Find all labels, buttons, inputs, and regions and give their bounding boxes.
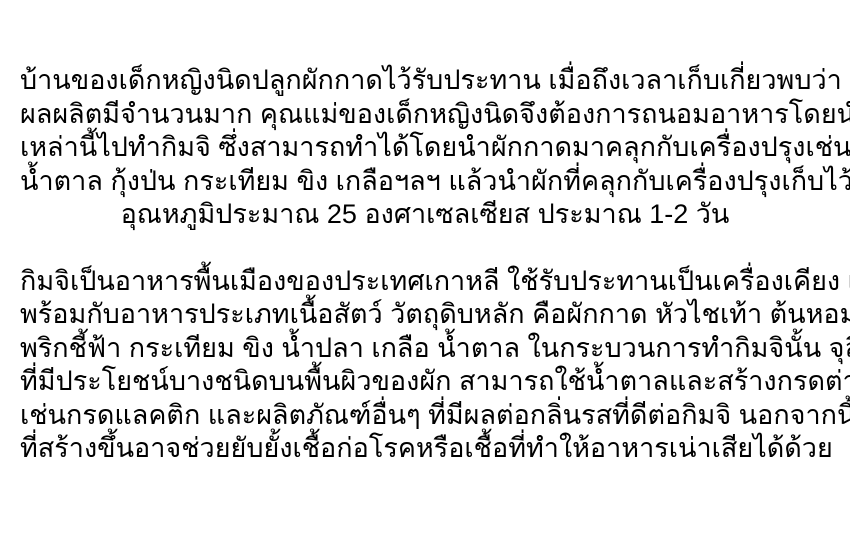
passage-line: เช่นกรดแลคติก และผลิตภัณฑ์อื่นๆ ที่มีผลต… (20, 399, 830, 433)
passage-line: กิมจิเป็นอาหารพื้นเมืองของประเทศเกาหลี ใ… (20, 265, 830, 299)
passage-line: ที่สร้างขึ้นอาจช่วยยับยั้งเชื้อก่อโรคหรื… (20, 432, 830, 466)
passage-line: บ้านของเด็กหญิงนิดปลูกผักกาดไว้รับประทาน… (20, 64, 830, 98)
passage-paragraph-2: กิมจิเป็นอาหารพื้นเมืองของประเทศเกาหลี ใ… (20, 265, 830, 466)
reading-passage: บ้านของเด็กหญิงนิดปลูกผักกาดไว้รับประทาน… (20, 64, 830, 466)
passage-line: เหล่านี้ไปทำกิมจิ ซึ่งสามารถทำได้โดยนำผั… (20, 131, 830, 165)
passage-line: ผลผลิตมีจำนวนมาก คุณแม่ของเด็กหญิงนิดจึง… (20, 98, 830, 132)
page: บ้านของเด็กหญิงนิดปลูกผักกาดไว้รับประทาน… (0, 0, 850, 550)
passage-line: พริกชี้ฟ้า กระเทียม ขิง น้ำปลา เกลือ น้ำ… (20, 332, 830, 366)
passage-line: พร้อมกับอาหารประเภทเนื้อสัตว์ วัตถุดิบหล… (20, 298, 830, 332)
passage-line: อุณหภูมิประมาณ 25 องศาเซลเซียส ประมาณ 1-… (20, 198, 830, 232)
passage-line: น้ำตาล กุ้งป่น กระเทียม ขิง เกลือฯลฯ แล้… (20, 165, 830, 199)
passage-line: ที่มีประโยชน์บางชนิดบนพื้นผิวของผัก สามา… (20, 365, 830, 399)
passage-paragraph-1: บ้านของเด็กหญิงนิดปลูกผักกาดไว้รับประทาน… (20, 64, 830, 232)
